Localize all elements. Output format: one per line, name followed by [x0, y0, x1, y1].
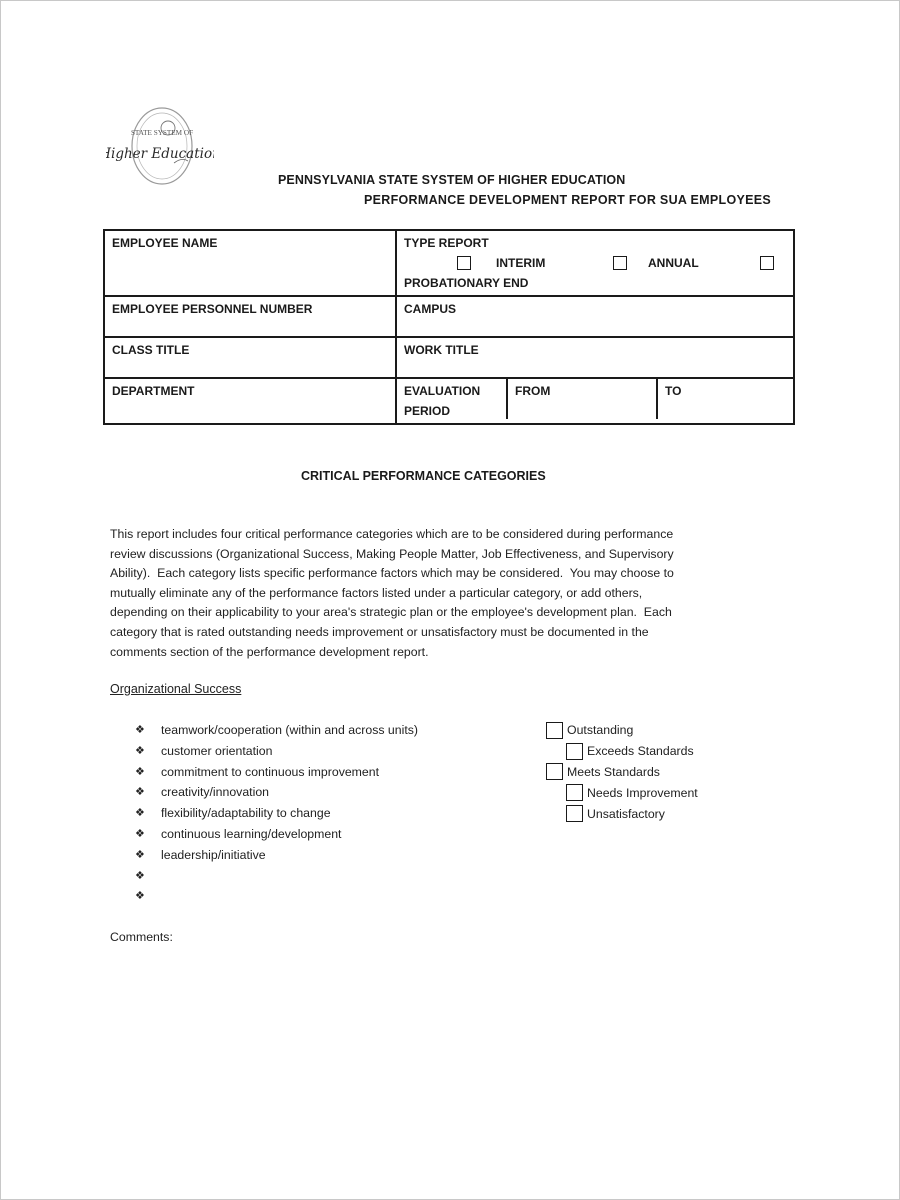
- list-item: ❖teamwork/cooperation (within and across…: [135, 720, 418, 741]
- list-item: ❖continuous learning/development: [135, 824, 418, 845]
- logo-line2: Higher Education: [106, 146, 214, 162]
- work-title-label: WORK TITLE: [404, 343, 479, 357]
- rating-label: Unsatisfactory: [587, 807, 665, 821]
- employee-info-table: EMPLOYEE NAME TYPE REPORT INTERIM ANNUAL…: [103, 229, 795, 425]
- rating-options: OutstandingExceeds StandardsMeets Standa…: [546, 720, 698, 824]
- factor-label: customer orientation: [161, 741, 272, 762]
- rating-label: Exceeds Standards: [587, 744, 694, 758]
- list-item: ❖leadership/initiative: [135, 845, 418, 866]
- diamond-bullet-icon: ❖: [135, 762, 161, 783]
- intro-line: Ability). Each category lists specific p…: [110, 564, 750, 584]
- rating-label: Needs Improvement: [587, 786, 698, 800]
- evaluation-label-line1: EVALUATION: [404, 381, 499, 401]
- comments-label: Comments:: [110, 930, 173, 944]
- class-title-label: CLASS TITLE: [112, 343, 189, 357]
- state-system-logo: STATE SYSTEM OF Higher Education: [106, 103, 214, 189]
- campus-label: CAMPUS: [404, 302, 456, 316]
- intro-line: This report includes four critical perfo…: [110, 525, 750, 545]
- diamond-bullet-icon: ❖: [135, 866, 161, 887]
- intro-paragraph: This report includes four critical perfo…: [110, 525, 750, 662]
- rating-option[interactable]: Needs Improvement: [546, 782, 698, 803]
- evaluation-period-label: EVALUATION PERIOD: [397, 379, 508, 419]
- factor-label: leadership/initiative: [161, 845, 266, 866]
- to-label: TO: [665, 384, 681, 398]
- department-label: DEPARTMENT: [112, 384, 194, 398]
- list-item: ❖creativity/innovation: [135, 782, 418, 803]
- intro-line: depending on their applicability to your…: [110, 603, 750, 623]
- personnel-number-label: EMPLOYEE PERSONNEL NUMBER: [112, 302, 312, 316]
- annual-label: ANNUAL: [648, 253, 699, 273]
- probationary-end-label: PROBATIONARY END: [404, 273, 786, 293]
- interim-checkbox[interactable]: [457, 256, 471, 270]
- rating-checkbox[interactable]: [566, 743, 583, 760]
- from-label: FROM: [515, 384, 550, 398]
- rating-label: Outstanding: [567, 723, 633, 737]
- diamond-bullet-icon: ❖: [135, 782, 161, 803]
- interim-label: INTERIM: [496, 253, 545, 273]
- category-title: Organizational Success: [110, 682, 241, 696]
- diamond-bullet-icon: ❖: [135, 845, 161, 866]
- diamond-bullet-icon: ❖: [135, 741, 161, 762]
- table-row: EMPLOYEE PERSONNEL NUMBER CAMPUS: [104, 296, 794, 337]
- type-report-cell: TYPE REPORT INTERIM ANNUAL PROBATIONARY …: [396, 230, 794, 296]
- document-subtitle: PERFORMANCE DEVELOPMENT REPORT FOR SUA E…: [364, 193, 771, 207]
- rating-option[interactable]: Exceeds Standards: [546, 741, 698, 762]
- rating-option[interactable]: Outstanding: [546, 720, 698, 741]
- department-field[interactable]: DEPARTMENT: [104, 378, 396, 424]
- list-item: ❖: [135, 866, 418, 887]
- table-row: DEPARTMENT EVALUATION PERIOD FROM TO: [104, 378, 794, 424]
- work-title-field[interactable]: WORK TITLE: [396, 337, 794, 378]
- intro-line: review discussions (Organizational Succe…: [110, 545, 750, 565]
- factor-label: creativity/innovation: [161, 782, 269, 803]
- list-item: ❖commitment to continuous improvement: [135, 762, 418, 783]
- rating-option[interactable]: Unsatisfactory: [546, 803, 698, 824]
- evaluation-period-cell: EVALUATION PERIOD FROM TO: [396, 378, 794, 424]
- intro-line: mutually eliminate any of the performanc…: [110, 584, 750, 604]
- employee-name-label: EMPLOYEE NAME: [112, 236, 217, 250]
- annual-checkbox[interactable]: [613, 256, 627, 270]
- factor-label: continuous learning/development: [161, 824, 341, 845]
- to-date-field[interactable]: TO: [658, 379, 793, 419]
- evaluation-label-line2: PERIOD: [404, 401, 499, 421]
- employee-name-field[interactable]: EMPLOYEE NAME: [104, 230, 396, 296]
- factor-label: commitment to continuous improvement: [161, 762, 379, 783]
- rating-checkbox[interactable]: [546, 722, 563, 739]
- rating-label: Meets Standards: [567, 765, 660, 779]
- factor-label: flexibility/adaptability to change: [161, 803, 331, 824]
- personnel-number-field[interactable]: EMPLOYEE PERSONNEL NUMBER: [104, 296, 396, 337]
- intro-line: category that is rated outstanding needs…: [110, 623, 750, 643]
- campus-field[interactable]: CAMPUS: [396, 296, 794, 337]
- probationary-end-checkbox[interactable]: [760, 256, 774, 270]
- section-heading: CRITICAL PERFORMANCE CATEGORIES: [301, 469, 546, 483]
- diamond-bullet-icon: ❖: [135, 824, 161, 845]
- rating-checkbox[interactable]: [546, 763, 563, 780]
- diamond-bullet-icon: ❖: [135, 720, 161, 741]
- class-title-field[interactable]: CLASS TITLE: [104, 337, 396, 378]
- list-item: ❖customer orientation: [135, 741, 418, 762]
- rating-option[interactable]: Meets Standards: [546, 762, 698, 783]
- list-item: ❖flexibility/adaptability to change: [135, 803, 418, 824]
- rating-checkbox[interactable]: [566, 784, 583, 801]
- list-item: ❖: [135, 886, 418, 907]
- table-row: CLASS TITLE WORK TITLE: [104, 337, 794, 378]
- performance-factor-list: ❖teamwork/cooperation (within and across…: [135, 720, 418, 907]
- logo-line1: STATE SYSTEM OF: [131, 129, 193, 137]
- from-date-field[interactable]: FROM: [508, 379, 658, 419]
- document-title: PENNSYLVANIA STATE SYSTEM OF HIGHER EDUC…: [278, 173, 625, 187]
- factor-label: teamwork/cooperation (within and across …: [161, 720, 418, 741]
- intro-line: comments section of the performance deve…: [110, 643, 750, 663]
- diamond-bullet-icon: ❖: [135, 886, 161, 907]
- diamond-bullet-icon: ❖: [135, 803, 161, 824]
- type-report-label: TYPE REPORT: [404, 233, 786, 253]
- rating-checkbox[interactable]: [566, 805, 583, 822]
- table-row: EMPLOYEE NAME TYPE REPORT INTERIM ANNUAL…: [104, 230, 794, 296]
